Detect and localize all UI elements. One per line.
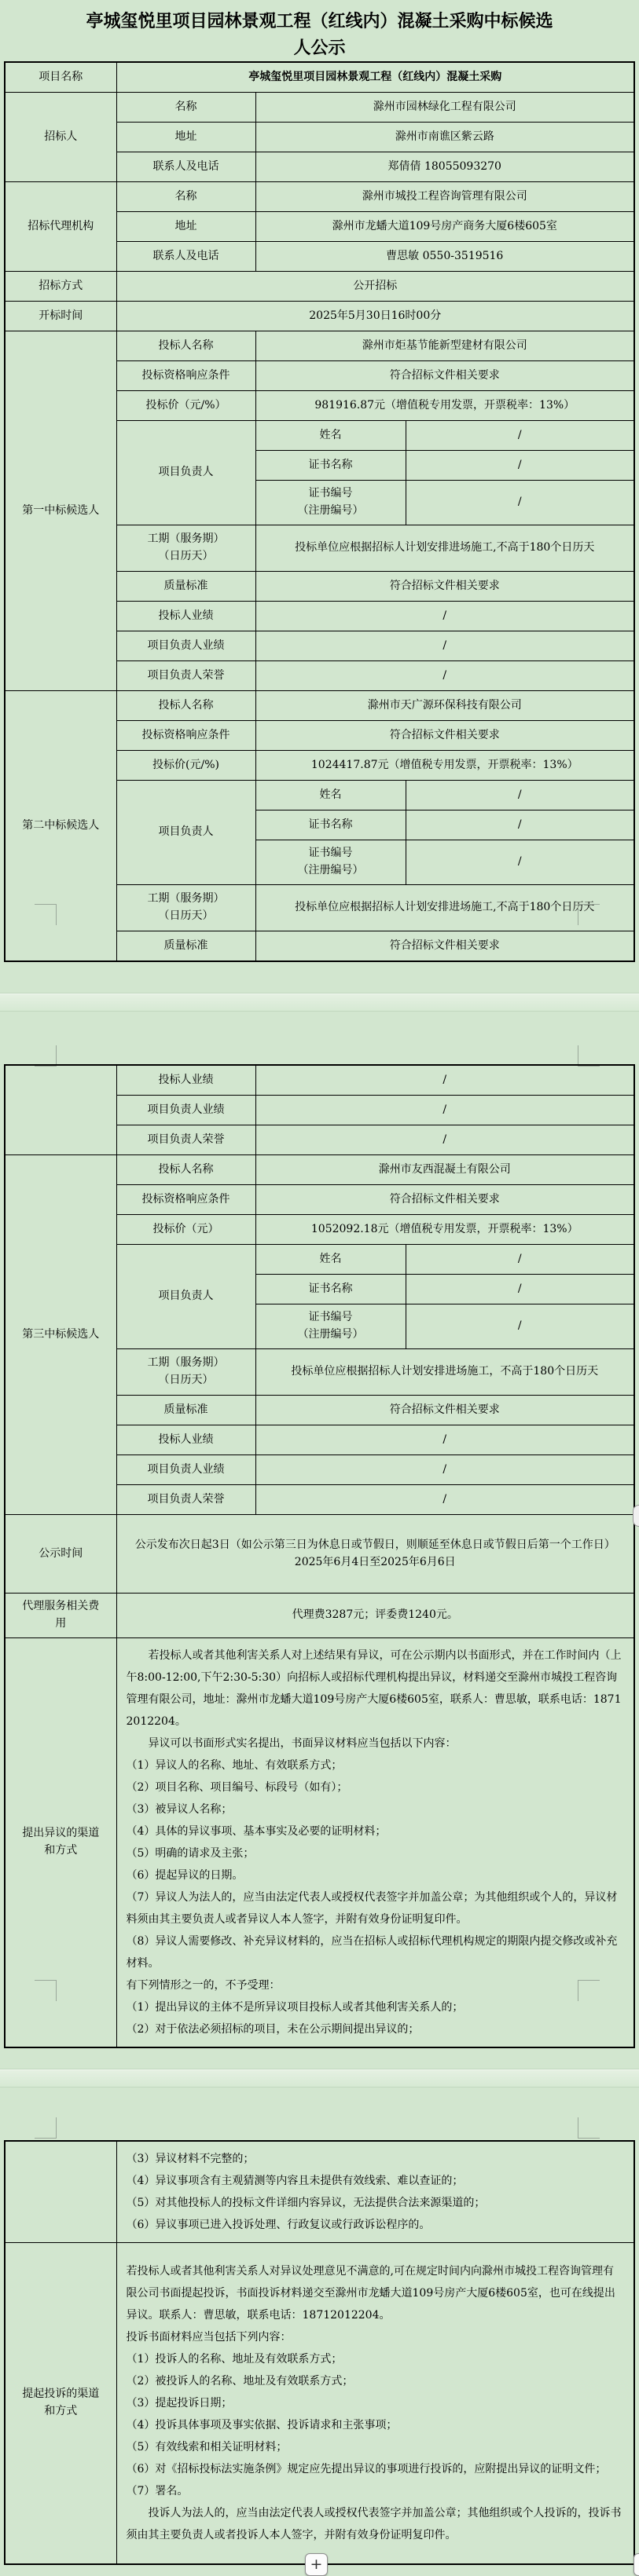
label-bidder-name: 投标人名称 [116,331,255,361]
label-bidder-performance: 投标人业绩 [116,1425,255,1455]
label-objection-channel-continued [5,2141,116,2243]
value-candidate1-pm-name: / [406,421,634,451]
value-agency-contact: 曹思敏 0550-3519516 [255,242,634,272]
page-corner-mark [578,1045,600,1067]
label-quality: 质量标准 [116,1396,255,1425]
value-tenderer-address: 滁州市南谯区紫云路 [255,123,634,152]
label-agency-address: 地址 [116,212,255,242]
page-corner-mark [578,904,600,925]
label-cert-name: 证书名称 [255,1275,406,1304]
value-candidate1-bidder: 滁州市炬基节能新型建材有限公司 [255,331,634,361]
page-title: 亭城玺悦里项目园林景观工程（红线内）混凝土采购中标候选人公示 [86,8,554,61]
label-duration: 工期（服务期） （日历天） [116,885,255,931]
announcement-table-page2: 投标人业绩 / 项目负责人业绩 / 项目负责人荣誉 / 第三中标候选人 投标人名… [4,1064,635,2048]
label-pm-performance: 项目负责人业绩 [116,1455,255,1485]
section-candidate-3: 第三中标候选人 [5,1155,116,1515]
label-cert-no: 证书编号 （注册编号） [255,840,406,885]
value-candidate2-quality: 符合招标文件相关要求 [255,931,634,962]
page-separator [0,2069,639,2088]
value-candidate1-cert-no: / [406,481,634,525]
label-tenderer: 招标人 [5,93,116,182]
label-quality: 质量标准 [116,931,255,962]
label-opening-time: 开标时间 [5,302,116,331]
label-tender-method: 招标方式 [5,272,116,302]
label-agency: 招标代理机构 [5,182,116,272]
label-cert-no: 证书编号 （注册编号） [255,1304,406,1349]
label-pm-performance: 项目负责人业绩 [116,1096,255,1125]
page-corner-mark [578,1980,600,2001]
value-objection-channel-part1: 若投标人或者其他利害关系人对上述结果有异议，可在公示期内以书面形式，并在工作时间… [116,1638,634,2048]
label-project-manager: 项目负责人 [116,421,255,525]
value-candidate1-performance: / [255,602,634,631]
page-corner-mark [35,2117,57,2139]
label-publicity-time: 公示时间 [5,1515,116,1594]
value-agency-name: 滁州市城投工程咨询管理有限公司 [255,182,634,212]
label-pm-name: 姓名 [255,421,406,451]
value-candidate2-qualification: 符合招标文件相关要求 [255,721,634,751]
value-candidate2-bidder: 滁州市天广源环保科技有限公司 [255,691,634,721]
value-candidate3-quality: 符合招标文件相关要求 [255,1396,634,1425]
label-tenderer-name: 名称 [116,93,255,123]
value-candidate1-quality: 符合招标文件相关要求 [255,572,634,602]
label-tenderer-address: 地址 [116,123,255,152]
label-pm-honor: 项目负责人荣誉 [116,1485,255,1515]
label-bid-price: 投标价（元/%） [116,391,255,421]
label-project-manager: 项目负责人 [116,1245,255,1349]
value-candidate2-price: 1024417.87元（增值税专用发票，开票税率：13%） [255,751,634,781]
value-candidate3-performance: / [255,1425,634,1455]
label-cert-name: 证书名称 [255,810,406,840]
value-candidate1-duration: 投标单位应根据招标人计划安排进场施工,不高于180个日历天 [255,525,634,572]
zoom-in-button[interactable]: + [305,2553,328,2576]
label-complaint-channel: 提起投诉的渠道 和方式 [5,2243,116,2565]
value-candidate3-pm-honor: / [255,1485,634,1515]
label-objection-channel: 提出异议的渠道 和方式 [5,1638,116,2048]
label-pm-name: 姓名 [255,781,406,810]
section-candidate-2: 第二中标候选人 [5,691,116,962]
value-agency-fee: 代理费3287元；评委费1240元。 [116,1594,634,1638]
label-qualification: 投标资格响应条件 [116,1185,255,1215]
label-cert-name: 证书名称 [255,451,406,481]
value-complaint-channel: 若投标人或者其他利害关系人对异议处理意见不满意的,可在规定时间内向滁州市城投工程… [116,2243,634,2565]
value-project-name: 亭城玺悦里项目园林景观工程（红线内）混凝土采购 [116,62,634,93]
value-candidate1-qualification: 符合招标文件相关要求 [255,361,634,391]
value-candidate3-pm-performance: / [255,1455,634,1485]
value-candidate3-qualification: 符合招标文件相关要求 [255,1185,634,1215]
value-candidate3-pm-name: / [406,1245,634,1275]
label-quality: 质量标准 [116,572,255,602]
value-opening-time: 2025年5月30日16时00分 [116,302,634,331]
label-bidder-performance: 投标人业绩 [116,602,255,631]
value-tenderer-contact: 郑倩倩 18055093270 [255,152,634,182]
value-tenderer-name: 滁州市园林绿化工程有限公司 [255,93,634,123]
announcement-table-page1: 项目名称 亭城玺悦里项目园林景观工程（红线内）混凝土采购 招标人 名称 滁州市园… [4,61,635,962]
value-candidate1-cert-name: / [406,451,634,481]
label-duration: 工期（服务期） （日历天） [116,1349,255,1396]
value-candidate1-price: 981916.87元（增值税专用发票，开票税率：13%） [255,391,634,421]
value-candidate1-pm-performance: / [255,631,634,661]
value-candidate3-cert-no: / [406,1304,634,1349]
value-candidate2-performance: / [255,1065,634,1096]
value-candidate3-cert-name: / [406,1275,634,1304]
label-cert-no: 证书编号 （注册编号） [255,481,406,525]
value-candidate1-pm-honor: / [255,661,634,691]
label-agency-fee: 代理服务相关费 用 [5,1594,116,1638]
label-bid-price: 投标价(元/%) [116,751,255,781]
value-agency-address: 滁州市龙蟠大道109号房产商务大厦6楼605室 [255,212,634,242]
page-corner-mark [578,2117,600,2139]
value-tender-method: 公开招标 [116,272,634,302]
value-candidate2-pm-name: / [406,781,634,810]
label-bid-price: 投标价（元） [116,1215,255,1245]
value-candidate2-pm-performance: / [255,1096,634,1125]
announcement-table-page3: （3）异议材料不完整的； （4）异议事项含有主观猜测等内容且未提供有效线索、难以… [4,2140,635,2565]
section-candidate-2-continued [5,1065,116,1155]
value-publicity-time: 公示发布次日起3日（如公示第三日为休息日或节假日，则顺延至休息日或节假日后第一个… [116,1515,634,1594]
section-candidate-1: 第一中标候选人 [5,331,116,691]
label-project-name: 项目名称 [5,62,116,93]
value-candidate3-duration: 投标单位应根据招标人计划安排进场施工，不高于180个日历天 [255,1349,634,1396]
label-pm-performance: 项目负责人业绩 [116,631,255,661]
page-corner-mark [35,904,57,925]
label-agency-contact: 联系人及电话 [116,242,255,272]
label-bidder-performance: 投标人业绩 [116,1065,255,1096]
label-agency-name: 名称 [116,182,255,212]
document-viewer: 亭城玺悦里项目园林景观工程（红线内）混凝土采购中标候选人公示 项目名称 亭城玺悦… [0,0,639,2576]
value-candidate2-cert-name: / [406,810,634,840]
value-candidate2-pm-honor: / [255,1125,634,1155]
value-objection-channel-part2: （3）异议材料不完整的； （4）异议事项含有主观猜测等内容且未提供有效线索、难以… [116,2141,634,2243]
page-corner-mark [35,1980,57,2001]
label-duration: 工期（服务期） （日历天） [116,525,255,572]
value-candidate3-price: 1052092.18元（增值税专用发票，开票税率：13%） [255,1215,634,1245]
edge-partial-button[interactable] [633,2553,639,2576]
label-bidder-name: 投标人名称 [116,1155,255,1185]
value-candidate2-cert-no: / [406,840,634,885]
label-pm-honor: 项目负责人荣誉 [116,661,255,691]
value-candidate3-bidder: 滁州市友西混凝土有限公司 [255,1155,634,1185]
label-project-manager: 项目负责人 [116,781,255,885]
label-tenderer-contact: 联系人及电话 [116,152,255,182]
label-qualification: 投标资格响应条件 [116,361,255,391]
label-pm-honor: 项目负责人荣誉 [116,1125,255,1155]
label-pm-name: 姓名 [255,1245,406,1275]
page-separator [0,993,639,1012]
scrollbar-thumb[interactable] [633,1505,639,1527]
page-corner-mark [35,1045,57,1067]
label-qualification: 投标资格响应条件 [116,721,255,751]
label-bidder-name: 投标人名称 [116,691,255,721]
